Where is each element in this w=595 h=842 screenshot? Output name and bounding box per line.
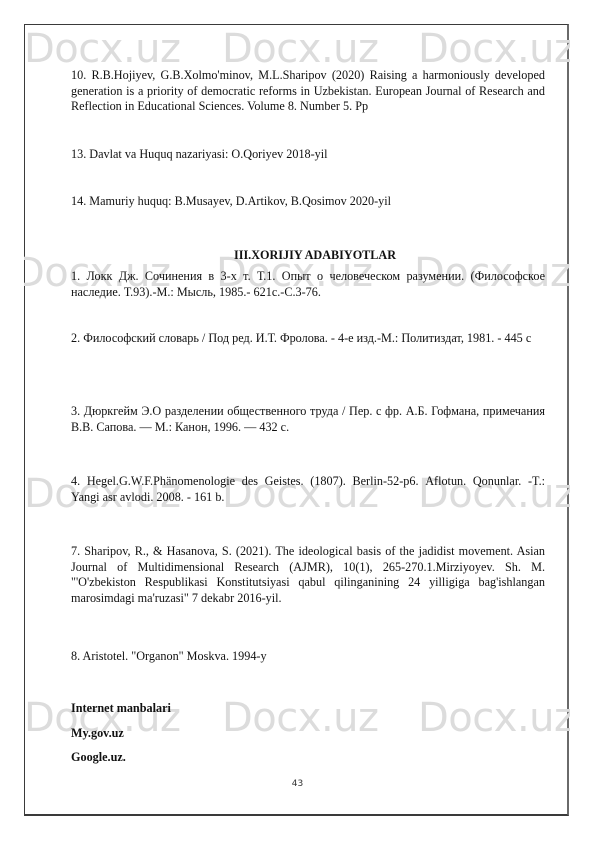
reference-item: 1. Локк Дж. Сочинения в 3-х т. Т.1. Опыт… <box>71 269 545 300</box>
section-heading-foreign-literature: III.XORIJIY ADABIYOTLAR <box>71 248 545 264</box>
reference-item: 10. R.B.Hojiyev, G.B.Xolmo'minov, M.L.Sh… <box>71 68 545 115</box>
reference-item: 3. Дюркгейм Э.О разделении общественного… <box>71 404 545 435</box>
internet-link[interactable]: My.gov.uz <box>71 726 545 742</box>
section-heading-internet-sources: Internet manbalari <box>71 701 545 717</box>
reference-item: 7. Sharipov, R., & Hasanova, S. (2021). … <box>71 544 545 606</box>
reference-item: 13. Davlat va Huquq nazariyasi: O.Qoriye… <box>71 147 545 163</box>
reference-item: 14. Mamuriy huquq: B.Musayev, D.Artikov,… <box>71 194 545 210</box>
internet-link[interactable]: Google.uz. <box>71 750 545 766</box>
page-number: 43 <box>0 779 595 789</box>
reference-item: 2. Философский словарь / Под ред. И.Т. Ф… <box>71 331 545 347</box>
reference-item: 8. Aristotel. "Organon" Moskva. 1994-y <box>71 649 545 665</box>
reference-item: 4. Hegel.G.W.F.Phänomenologie des Geiste… <box>71 474 545 505</box>
